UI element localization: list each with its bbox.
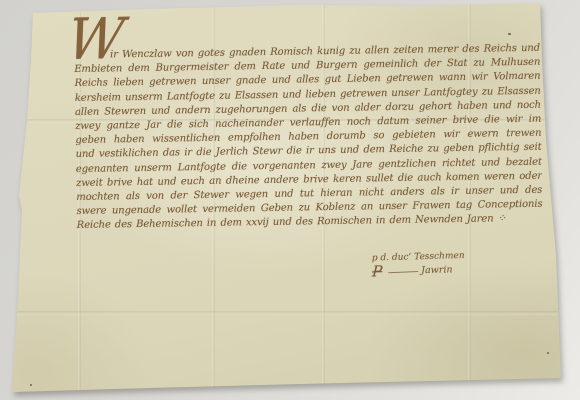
blemish-speck	[547, 352, 549, 354]
fold-line-horizontal	[0, 311, 580, 315]
initial-w-flourish: W	[64, 11, 126, 69]
parchment-document: W ir Wenczlaw von gotes gnaden Romisch k…	[0, 0, 580, 400]
chancery-monogram: P	[372, 264, 383, 279]
blemish-speck	[30, 384, 32, 386]
chancery-dash	[388, 271, 418, 273]
chancery-scribe-name: Jawrin	[421, 264, 453, 276]
charter-text-block: W ir Wenczlaw von gotes gnaden Romisch k…	[74, 42, 543, 234]
chancery-note-line2: P Jawrin	[372, 262, 482, 280]
photo-background: W ir Wenczlaw von gotes gnaden Romisch k…	[0, 0, 580, 400]
blemish-speck	[508, 33, 511, 35]
parchment-shadow: W ir Wenczlaw von gotes gnaden Romisch k…	[0, 0, 580, 400]
chancery-note: p d. duc’ Tesschmen P Jawrin	[372, 251, 483, 280]
